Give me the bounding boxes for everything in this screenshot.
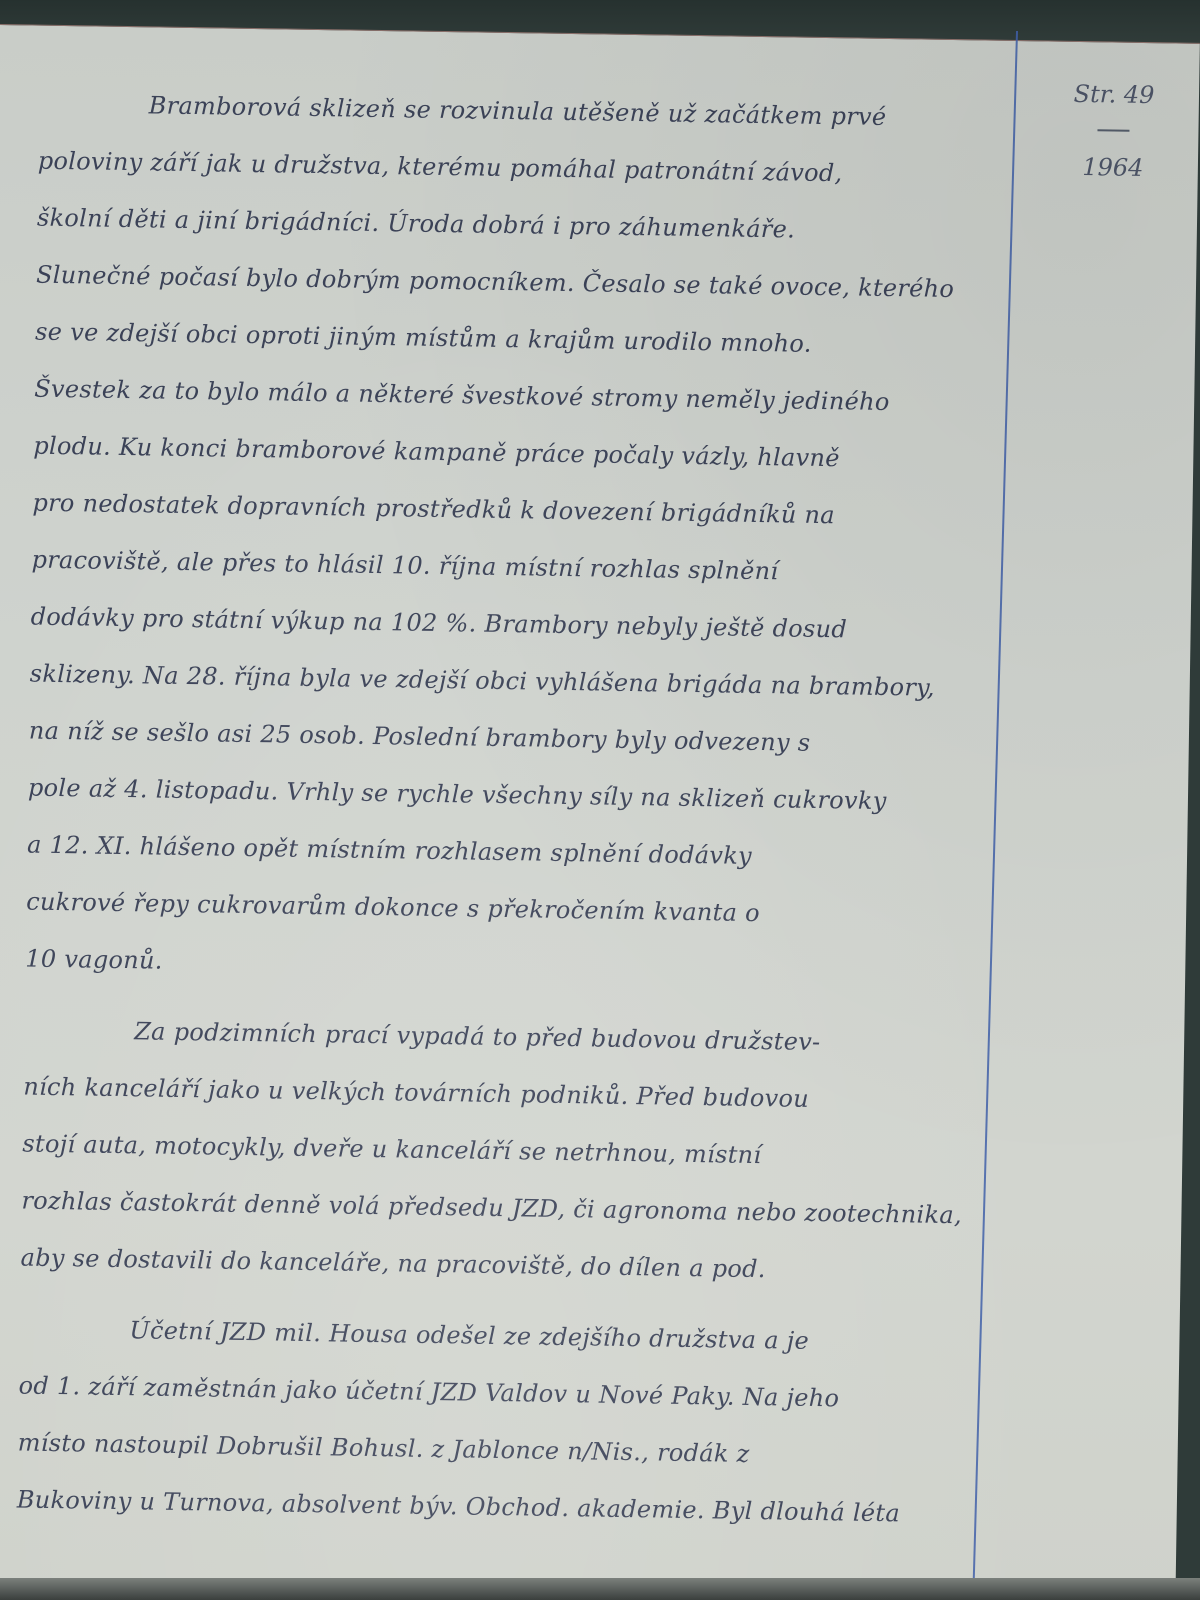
bottom-edge-shadow [0,1578,1200,1600]
handwritten-text: Bramborová sklizeň se rozvinula utěšeně … [16,76,1014,1544]
margin-note: Str. 49 1964 [1053,80,1175,183]
year-label: 1964 [1082,153,1144,182]
margin-separator [1097,129,1129,132]
chronicle-page: Str. 49 1964 Bramborová sklizeň se rozvi… [0,24,1200,1600]
document-photo: Str. 49 1964 Bramborová sklizeň se rozvi… [0,0,1200,1600]
paragraph-potato-harvest: Bramborová sklizeň se rozvinula utěšeně … [25,76,1014,1003]
paragraph-office-activity: Za podzimních prací vypadá to před budov… [20,1002,999,1302]
page-number: Str. 49 [1073,80,1154,109]
paragraph-accountant-change: Účetní JZD mil. Housa odešel ze zdejšího… [16,1300,994,1543]
